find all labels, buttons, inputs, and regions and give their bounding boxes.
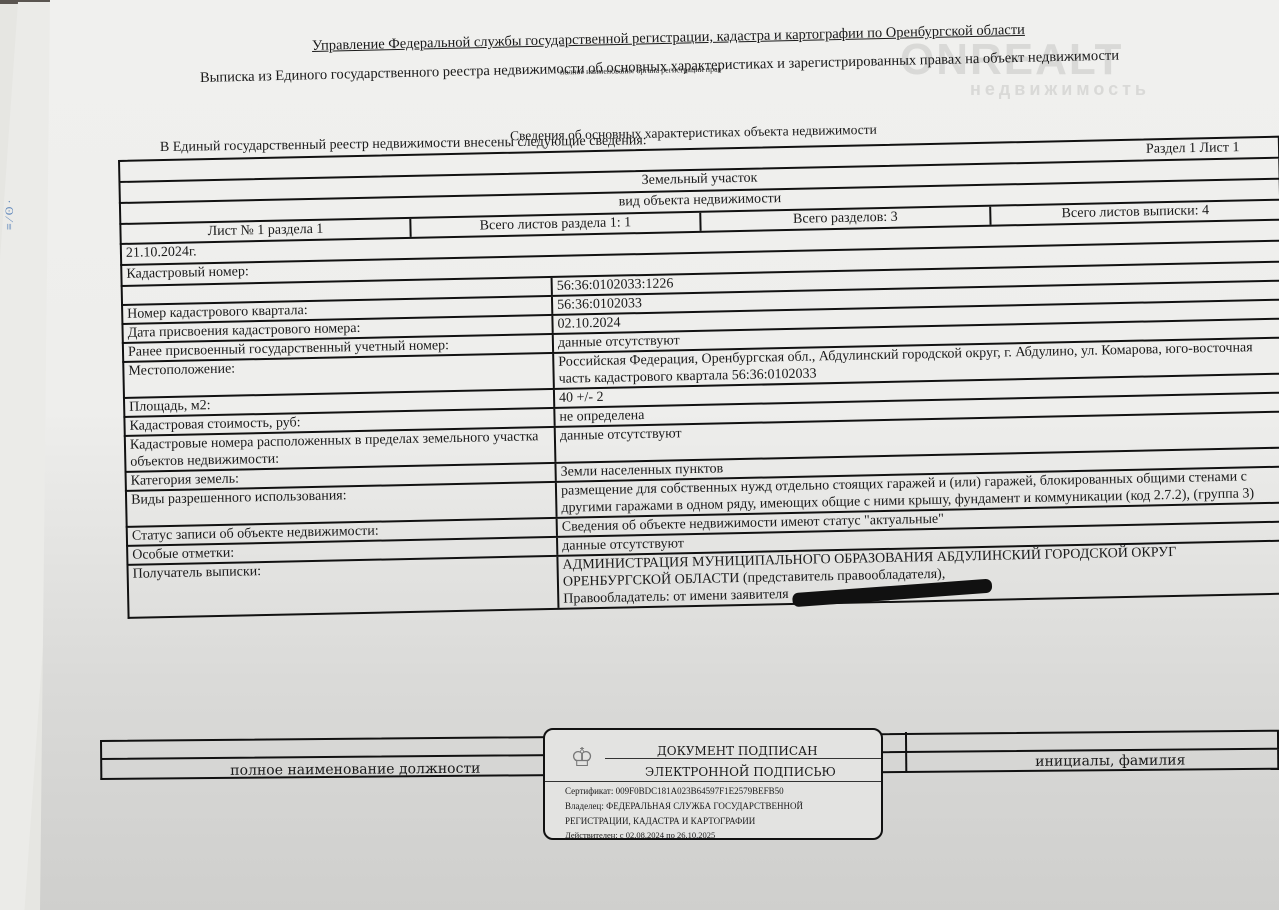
validity: Действителен: с 02.08.2024 по 26.10.2025: [565, 830, 715, 840]
watermark-tagline: недвижимость: [970, 79, 1150, 100]
position-caption: полное наименование должности: [230, 761, 480, 779]
document-content: ONREALT недвижимость Управление Федераль…: [0, 0, 1279, 910]
recipient-label: Получатель выписки:: [129, 557, 560, 617]
name-caption: инициалы, фамилия: [1035, 753, 1185, 770]
e-signature-stamp: ♔ ДОКУМЕНТ ПОДПИСАН ЭЛЕКТРОННОЙ ПОДПИСЬЮ…: [543, 728, 883, 840]
owner-line1: Владелец: ФЕДЕРАЛЬНАЯ СЛУЖБА ГОСУДАРСТВЕ…: [565, 801, 803, 811]
certificate: Сертификат: 009F0BDC181A023B64597F1E2579…: [565, 786, 784, 796]
stamp-subtitle: ЭЛЕКТРОННОЙ ПОДПИСЬЮ: [645, 765, 836, 779]
stamp-title: ДОКУМЕНТ ПОДПИСАН: [657, 744, 818, 758]
owner-text: Правообладатель: от имени заявителя: [563, 587, 789, 607]
coat-of-arms-icon: ♔: [565, 736, 599, 780]
owner-line2: РЕГИСТРАЦИИ, КАДАСТРА И КАРТОГРАФИИ: [565, 816, 755, 826]
property-table: Земельный участок вид объекта недвижимос…: [118, 136, 1279, 619]
